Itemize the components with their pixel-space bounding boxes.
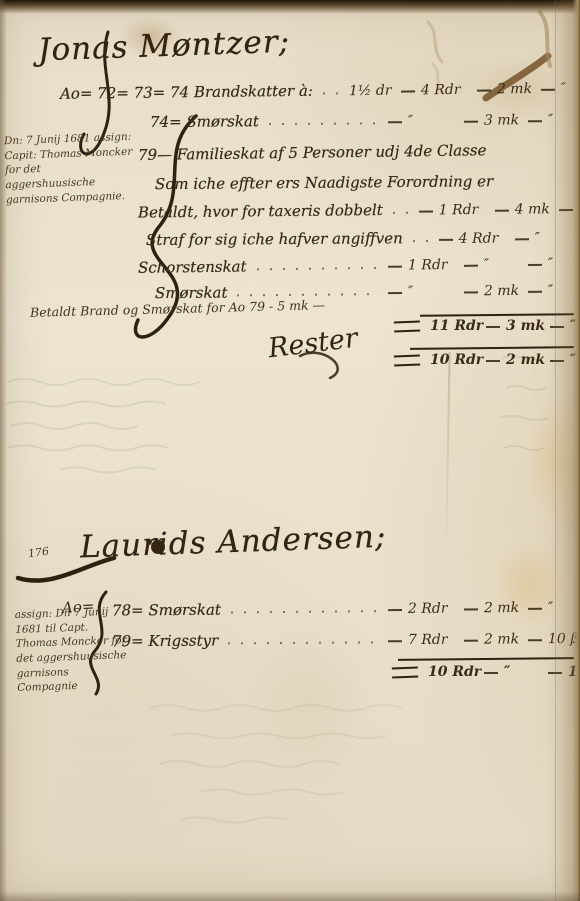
- dash-separator: [388, 266, 402, 268]
- amount-rigsdaler: 2 Rdr: [408, 600, 464, 616]
- dot-leader: [231, 610, 380, 613]
- amount-mark: 2 mk: [497, 81, 541, 98]
- rester-mark: 2 mk: [506, 352, 550, 368]
- amount-rigsdaler: 1 Rdr: [439, 202, 495, 219]
- amount-rigsdaler: 4 Rdr: [421, 82, 477, 99]
- dash-separator: [464, 265, 478, 267]
- sum-row: 10 Rdr ″ 10 ß: [392, 664, 572, 680]
- amount-rigsdaler: 7 Rdr: [408, 632, 464, 648]
- ledger-row: Som iche effter ers Naadigste Forordning…: [0, 172, 572, 195]
- dash-separator: [464, 121, 478, 123]
- dot-leader: [237, 293, 380, 296]
- equals-mark: [394, 354, 420, 366]
- row-rate: 1½ dr: [349, 83, 401, 100]
- amount-rigsdaler: ″: [408, 283, 464, 299]
- row-label: 78= Smørskat: [112, 601, 221, 620]
- account-heading: Jonas Møntzer;: [37, 24, 290, 69]
- dash-separator: [388, 292, 402, 294]
- entry-number: 176: [27, 545, 50, 561]
- row-label: 79= Krigsstyr: [112, 631, 218, 650]
- dot-leader: [323, 92, 341, 94]
- amount-rigsdaler: ″: [408, 113, 464, 129]
- page-bottom-edge: [0, 891, 580, 901]
- dash-separator: [419, 210, 433, 212]
- total-rigsdaler: 11 Rdr: [430, 318, 486, 334]
- dot-leader: [269, 122, 380, 125]
- dash-separator: [464, 608, 478, 610]
- dash-separator: [477, 89, 491, 91]
- row-label: 79— Familieskat af 5 Personer udj 4de Cl…: [138, 141, 487, 164]
- account-heading: Laurids Andersen;: [79, 519, 386, 566]
- dash-separator: [515, 238, 529, 240]
- amount-mark: 2 mk: [484, 631, 528, 647]
- dot-leader: [413, 240, 431, 242]
- ledger-row: 74= Smørskat ″ 3 mk ″: [0, 110, 572, 132]
- amount-mark: ″: [484, 256, 528, 273]
- ledger-row: Straf for sig iche hafver angiffven 4 Rd…: [0, 228, 572, 250]
- amount-mark: 2 mk: [484, 283, 528, 299]
- rester-label: Rester: [266, 323, 359, 365]
- dash-separator: [464, 291, 478, 293]
- dash-separator: [388, 609, 402, 611]
- row-label: Straf for sig iche hafver angiffven: [146, 229, 403, 249]
- total-row: 11 Rdr 3 mk ″: [394, 318, 572, 334]
- dash-separator: [528, 608, 542, 610]
- row-label: Ao= 72= 73= 74 Brandskatter à:: [60, 82, 313, 103]
- manuscript-page: Jonas Møntzer; Dn: 7 Junij 1681 assign: …: [0, 0, 580, 901]
- dot-leader: [257, 267, 380, 271]
- amount-mark: 3 mk: [484, 112, 528, 128]
- rester-rigsdaler: 10 Rdr: [430, 352, 486, 368]
- rester-row: 10 Rdr 2 mk ″: [394, 352, 572, 368]
- sum-rule: [398, 657, 574, 661]
- page-left-edge: [0, 0, 7, 901]
- dash-separator: [388, 640, 402, 642]
- dash-separator: [528, 291, 542, 293]
- equals-mark: [392, 666, 418, 678]
- dot-leader: [228, 641, 380, 644]
- dash-separator: [486, 326, 500, 328]
- ledger-row: Schorstenskat 1 Rdr ″ ″: [0, 254, 572, 279]
- amount-mark: 2 mk: [484, 600, 528, 616]
- dash-separator: [484, 672, 498, 674]
- sum-mark: ″: [504, 664, 548, 680]
- sum-rigsdaler: 10 Rdr: [428, 664, 484, 680]
- dot-leader: [393, 212, 411, 214]
- bleedthrough-ghost-text: [6, 356, 548, 473]
- row-label: Betaldt, hvor for taxeris dobbelt: [138, 201, 383, 222]
- dash-separator: [495, 210, 509, 212]
- amount-rigsdaler: 4 Rdr: [459, 230, 515, 246]
- amount-rigsdaler: 1 Rdr: [408, 257, 464, 274]
- dash-separator: [464, 640, 478, 642]
- margin-assignment-note: Dn: 7 Junij 1681 assign: Capit: Thomas M…: [4, 130, 134, 208]
- ledger-row: 79= Krigsstyr 7 Rdr 2 mk 10 ß: [0, 629, 572, 651]
- row-label: Schorstenskat: [138, 257, 247, 276]
- dash-separator: [439, 239, 453, 241]
- row-label: Som iche effter ers Naadigste Forordning…: [155, 172, 493, 193]
- dash-separator: [528, 639, 542, 641]
- page-top-edge: [0, 0, 580, 14]
- dash-separator: [528, 120, 542, 122]
- ledger-row: 78= Smørskat 2 Rdr 2 mk ″: [0, 598, 572, 621]
- dash-separator: [401, 90, 415, 92]
- row-label: 74= Smørskat: [150, 112, 259, 131]
- dash-separator: [486, 360, 500, 362]
- dash-separator: [388, 121, 402, 123]
- equals-mark: [394, 320, 420, 332]
- dash-separator: [528, 264, 542, 266]
- total-mark: 3 mk: [506, 318, 550, 334]
- page-curl-line: [555, 0, 556, 901]
- paper-crease: [445, 352, 450, 537]
